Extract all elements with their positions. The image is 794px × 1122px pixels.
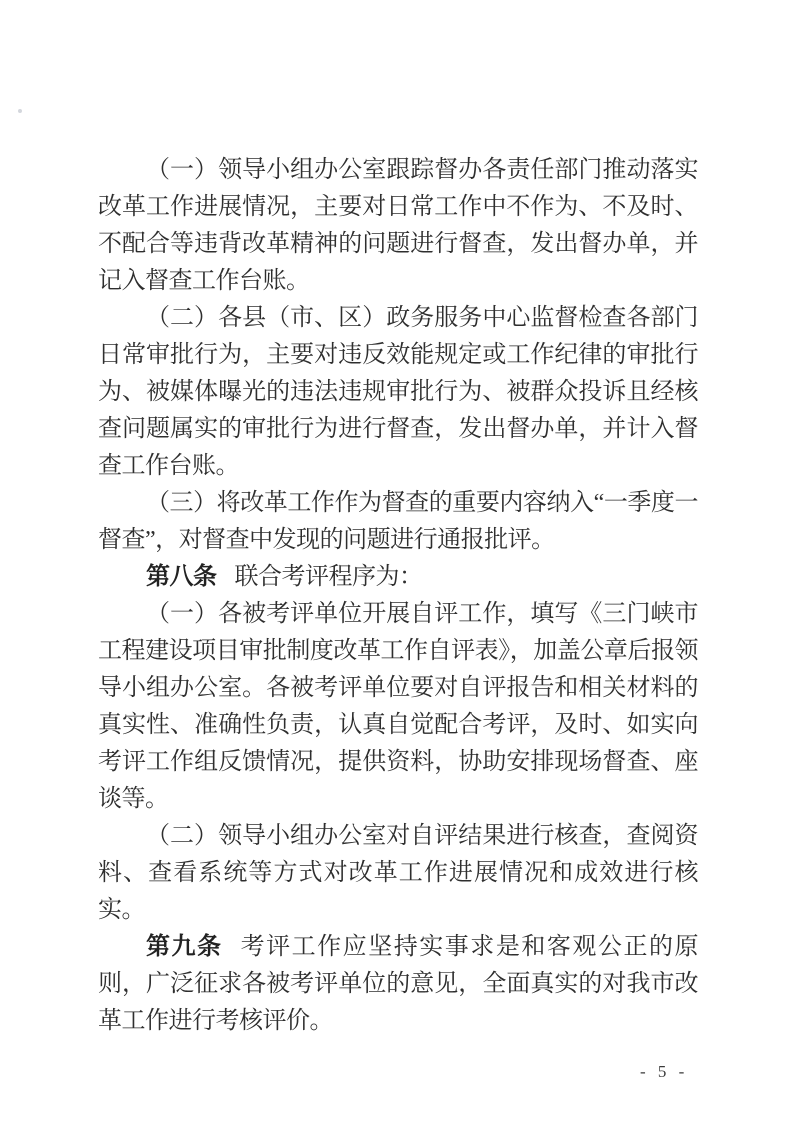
document-page: （一）领导小组办公室跟踪督办各责任部门推动落实改革工作进展情况，主要对日常工作中…	[0, 0, 794, 1122]
article-8-number: 第八条	[146, 564, 217, 590]
paragraph-article-8: 第八条联合考评程序为：	[98, 559, 698, 596]
page-number: - 5 -	[640, 1062, 688, 1082]
paragraph-item-2: （二）各县（市、区）政务服务中心监督检查各部门日常审批行为，主要对违反效能规定或…	[98, 300, 698, 485]
scan-artifact-speck	[18, 109, 22, 113]
paragraph-article-9: 第九条考评工作应坚持实事求是和客观公正的原则，广泛征求各被考评单位的意见，全面真…	[98, 929, 698, 1040]
paragraph-item-4: （一）各被考评单位开展自评工作，填写《三门峡市工程建设项目审批制度改革工作自评表…	[98, 596, 698, 818]
article-9-number: 第九条	[146, 934, 223, 960]
paragraph-item-1: （一）领导小组办公室跟踪督办各责任部门推动落实改革工作进展情况，主要对日常工作中…	[98, 152, 698, 300]
document-body: （一）领导小组办公室跟踪督办各责任部门推动落实改革工作进展情况，主要对日常工作中…	[98, 152, 698, 1040]
paragraph-item-3: （三）将改革工作作为督查的重要内容纳入“一季度一督查”，对督查中发现的问题进行通…	[98, 485, 698, 559]
article-8-text: 联合考评程序为：	[235, 564, 423, 590]
paragraph-item-5: （二）领导小组办公室对自评结果进行核查，查阅资料、查看系统等方式对改革工作进展情…	[98, 818, 698, 929]
